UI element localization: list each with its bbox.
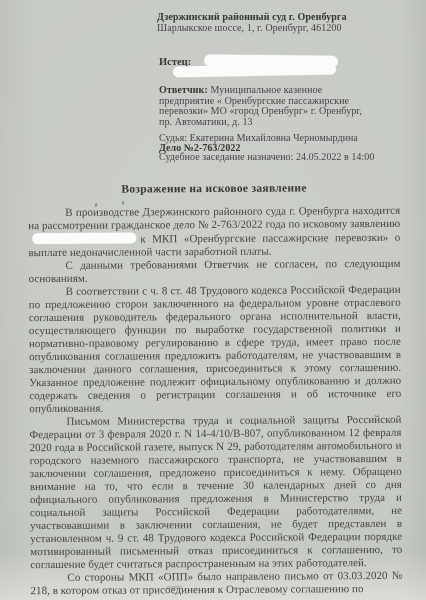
defendant-label: Ответчик: xyxy=(159,85,208,96)
document-page: Дзержинский районный суд г. Оренбурга Ша… xyxy=(0,0,426,600)
court-header: Дзержинский районный суд г. Оренбурга Ша… xyxy=(157,13,417,35)
redaction-plaintiff-name-inline xyxy=(32,232,136,244)
body-paragraph-3: В соответствии с ч. 8 ст. 48 Трудового к… xyxy=(29,284,402,416)
body-paragraph-5: Со стороны МКП «ОПП» было направлено пис… xyxy=(30,570,402,598)
body-paragraph-2: С данными требованиями Ответчик не согла… xyxy=(28,258,400,286)
body-paragraph-1: В производстве Дзержинского районного су… xyxy=(28,205,400,260)
defendant-block: Ответчик: Муниципальное казенное предпри… xyxy=(159,86,372,128)
document-title: Возражение на исковое заявление xyxy=(28,182,400,197)
redaction-plaintiff-name-line2 xyxy=(173,64,336,78)
hearing-line: Судебное заседание назначено: 24.05.2022… xyxy=(159,153,414,163)
case-info-block: Судья: Екатерина Михайловна Черномырдина… xyxy=(159,134,414,163)
court-address: Шарлыкское шоссе, 1, г. Оренбург, 461200 xyxy=(157,24,417,35)
document-body: Возражение на исковое заявление В произв… xyxy=(28,182,403,598)
paragraph-1-text-before: В производстве Дзержинского районного су… xyxy=(28,205,400,232)
smudge-mark xyxy=(166,586,182,590)
scanned-document-photo: Дзержинский районный суд г. Оренбурга Ша… xyxy=(0,0,426,600)
body-paragraph-4: Письмом Министерства труда и социальной … xyxy=(29,414,402,572)
